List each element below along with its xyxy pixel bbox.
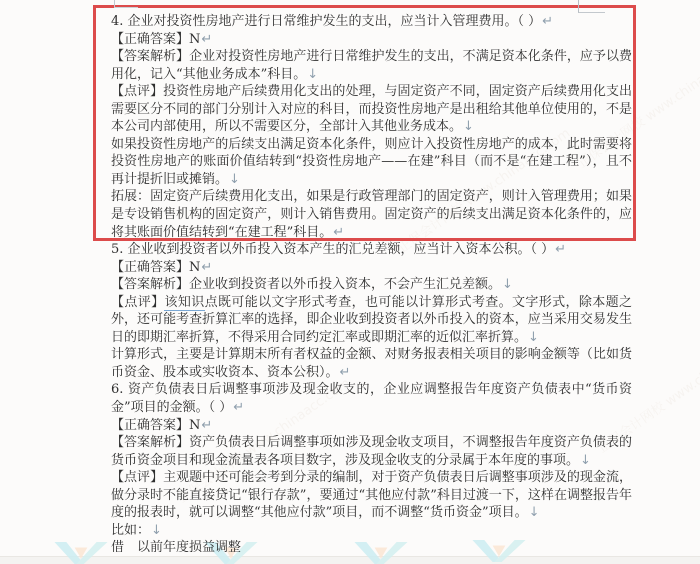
paragraph-text: 【正确答案】N (111, 260, 200, 275)
paragraph-text: 【点评】投资性房地产后续费用化支出的处理，与固定资产不同，固定资产后续费用化支出… (111, 84, 632, 134)
paragraph-mark-icon: ↵ (339, 365, 351, 380)
linebreak-mark-icon: ↓ (527, 330, 539, 345)
paragraph-text: 【正确答案】N (111, 418, 200, 433)
paragraph-mark-icon: ↵ (232, 400, 244, 415)
chinaacc-v-logo-icon (50, 542, 112, 564)
paragraph: 【答案解析】资产负债表日后调整事项如涉及现金收支项目，不调整报告年度资产负债表的… (111, 434, 632, 469)
paragraph-text: 【答案解析】企业收到投资者以外币投入资本，不会产生汇兑差额。 (111, 277, 501, 292)
paragraph: 如果投资性房地产的后续支出满足资本化条件，则应计入投资性房地产的成本，此时需要将… (111, 136, 632, 189)
corner-bracket-artifact (578, 0, 605, 13)
paragraph: 借 以前年度损益调整 (111, 539, 632, 552)
paragraph: 【答案解析】企业对投资性房地产进行日常维护发生的支出，不满足资本化条件，应予以费… (111, 48, 632, 83)
paragraph-mark-icon: ↵ (554, 242, 566, 257)
corner-bracket-artifact (114, 0, 138, 8)
document-page: 正保会计网校 www.chinaacc.com 正保会计网校 www.china… (0, 0, 700, 564)
paragraph: 【正确答案】N↵ (111, 259, 632, 277)
paragraph: 【正确答案】N↵ (111, 31, 632, 49)
paragraph: 【点评】该知识点既可能以文字形式考查，也可能以计算形式考查。文字形式，除本题之外… (111, 294, 632, 347)
paragraph-text: 6. 资产负债表日后调整事项涉及现金收支的，企业应调整报告年度资产负债表中“货币… (111, 382, 632, 415)
paragraph: 4. 企业对投资性房地产进行日常维护发生的支出，应当计入管理费用。（ ）↵ (111, 13, 632, 31)
paragraph-mark-icon: ↵ (541, 14, 553, 29)
linebreak-mark-icon: ↓ (462, 119, 474, 134)
paragraph: 5. 企业收到投资者以外币投入资本产生的汇兑差额，应当计入资本公积。（ ）↵ (111, 241, 632, 259)
paragraph: 计算形式，主要是计算期末所有者权益的金额、对财务报表相关项目的影响金额等（比如货… (111, 346, 632, 381)
paragraph-mark-icon: ↵ (200, 32, 212, 47)
paragraph-text: 【答案解析】资产负债表日后调整事项如涉及现金收支项目，不调整报告年度资产负债表的… (111, 435, 632, 468)
paragraph-text: 拓展：固定资产后续费用化支出，如果是行政管理部门的固定资产，则计入管理费用；如果… (111, 189, 632, 239)
linebreak-mark-icon: ↓ (528, 505, 540, 520)
paragraph: 比如：↓ (111, 522, 632, 540)
paragraph: 【点评】主观题中还可能会考到分录的编制，对于资产负债表日后调整事项涉及的现金流，… (111, 469, 632, 522)
paragraph-text: 【正确答案】N (111, 32, 200, 47)
linebreak-mark-icon: ↓ (306, 67, 318, 82)
paragraph-mark-icon: ↵ (200, 260, 212, 275)
paragraph-text: 4. 企业对投资性房地产进行日常维护发生的支出，应当计入管理费用。（ ） (111, 14, 541, 29)
paragraph-text: 【点评】主观题中还可能会考到分录的编制，对于资产负债表日后调整事项涉及的现金流，… (111, 470, 632, 520)
paragraph: 【答案解析】企业收到投资者以外币投入资本，不会产生汇兑差额。↓ (111, 276, 632, 294)
paragraph-mark-icon: ↵ (200, 418, 212, 433)
paragraph-text: 借 以前年度损益调整 (111, 540, 241, 552)
paragraph-text: 计算形式，主要是计算期末所有者权益的金额、对财务报表相关项目的影响金额等（比如货… (111, 347, 632, 380)
paragraph-text: 如果投资性房地产的后续支出满足资本化条件，则应计入投资性房地产的成本，此时需要将… (111, 137, 632, 187)
paragraph: 拓展：固定资产后续费用化支出，如果是行政管理部门的固定资产，则计入管理费用；如果… (111, 188, 632, 241)
paragraph-text: 5. 企业收到投资者以外币投入资本产生的汇兑差额，应当计入资本公积。（ ） (111, 242, 554, 257)
paragraph-text: 比如： (111, 523, 150, 538)
paragraph-text: 【点评】 (111, 295, 164, 310)
linebreak-mark-icon: ↓ (150, 523, 162, 538)
linebreak-mark-icon: ↓ (579, 453, 591, 468)
paragraph-mark-icon: ↵ (332, 225, 344, 240)
document-text: 4. 企业对投资性房地产进行日常维护发生的支出，应当计入管理费用。（ ）↵【正确… (111, 13, 632, 552)
underlined-term: 该知识 (164, 295, 204, 311)
linebreak-mark-icon: ↓ (228, 172, 240, 187)
paragraph: 【点评】投资性房地产后续费用化支出的处理，与固定资产不同，固定资产后续费用化支出… (111, 83, 632, 136)
paragraph-text: 【答案解析】企业对投资性房地产进行日常维护发生的支出，不满足资本化条件，应予以费… (111, 49, 632, 82)
paragraph: 【正确答案】N↵ (111, 417, 632, 435)
paragraph: 6. 资产负债表日后调整事项涉及现金收支的，企业应调整报告年度资产负债表中“货币… (111, 381, 632, 416)
linebreak-mark-icon: ↓ (501, 277, 513, 292)
